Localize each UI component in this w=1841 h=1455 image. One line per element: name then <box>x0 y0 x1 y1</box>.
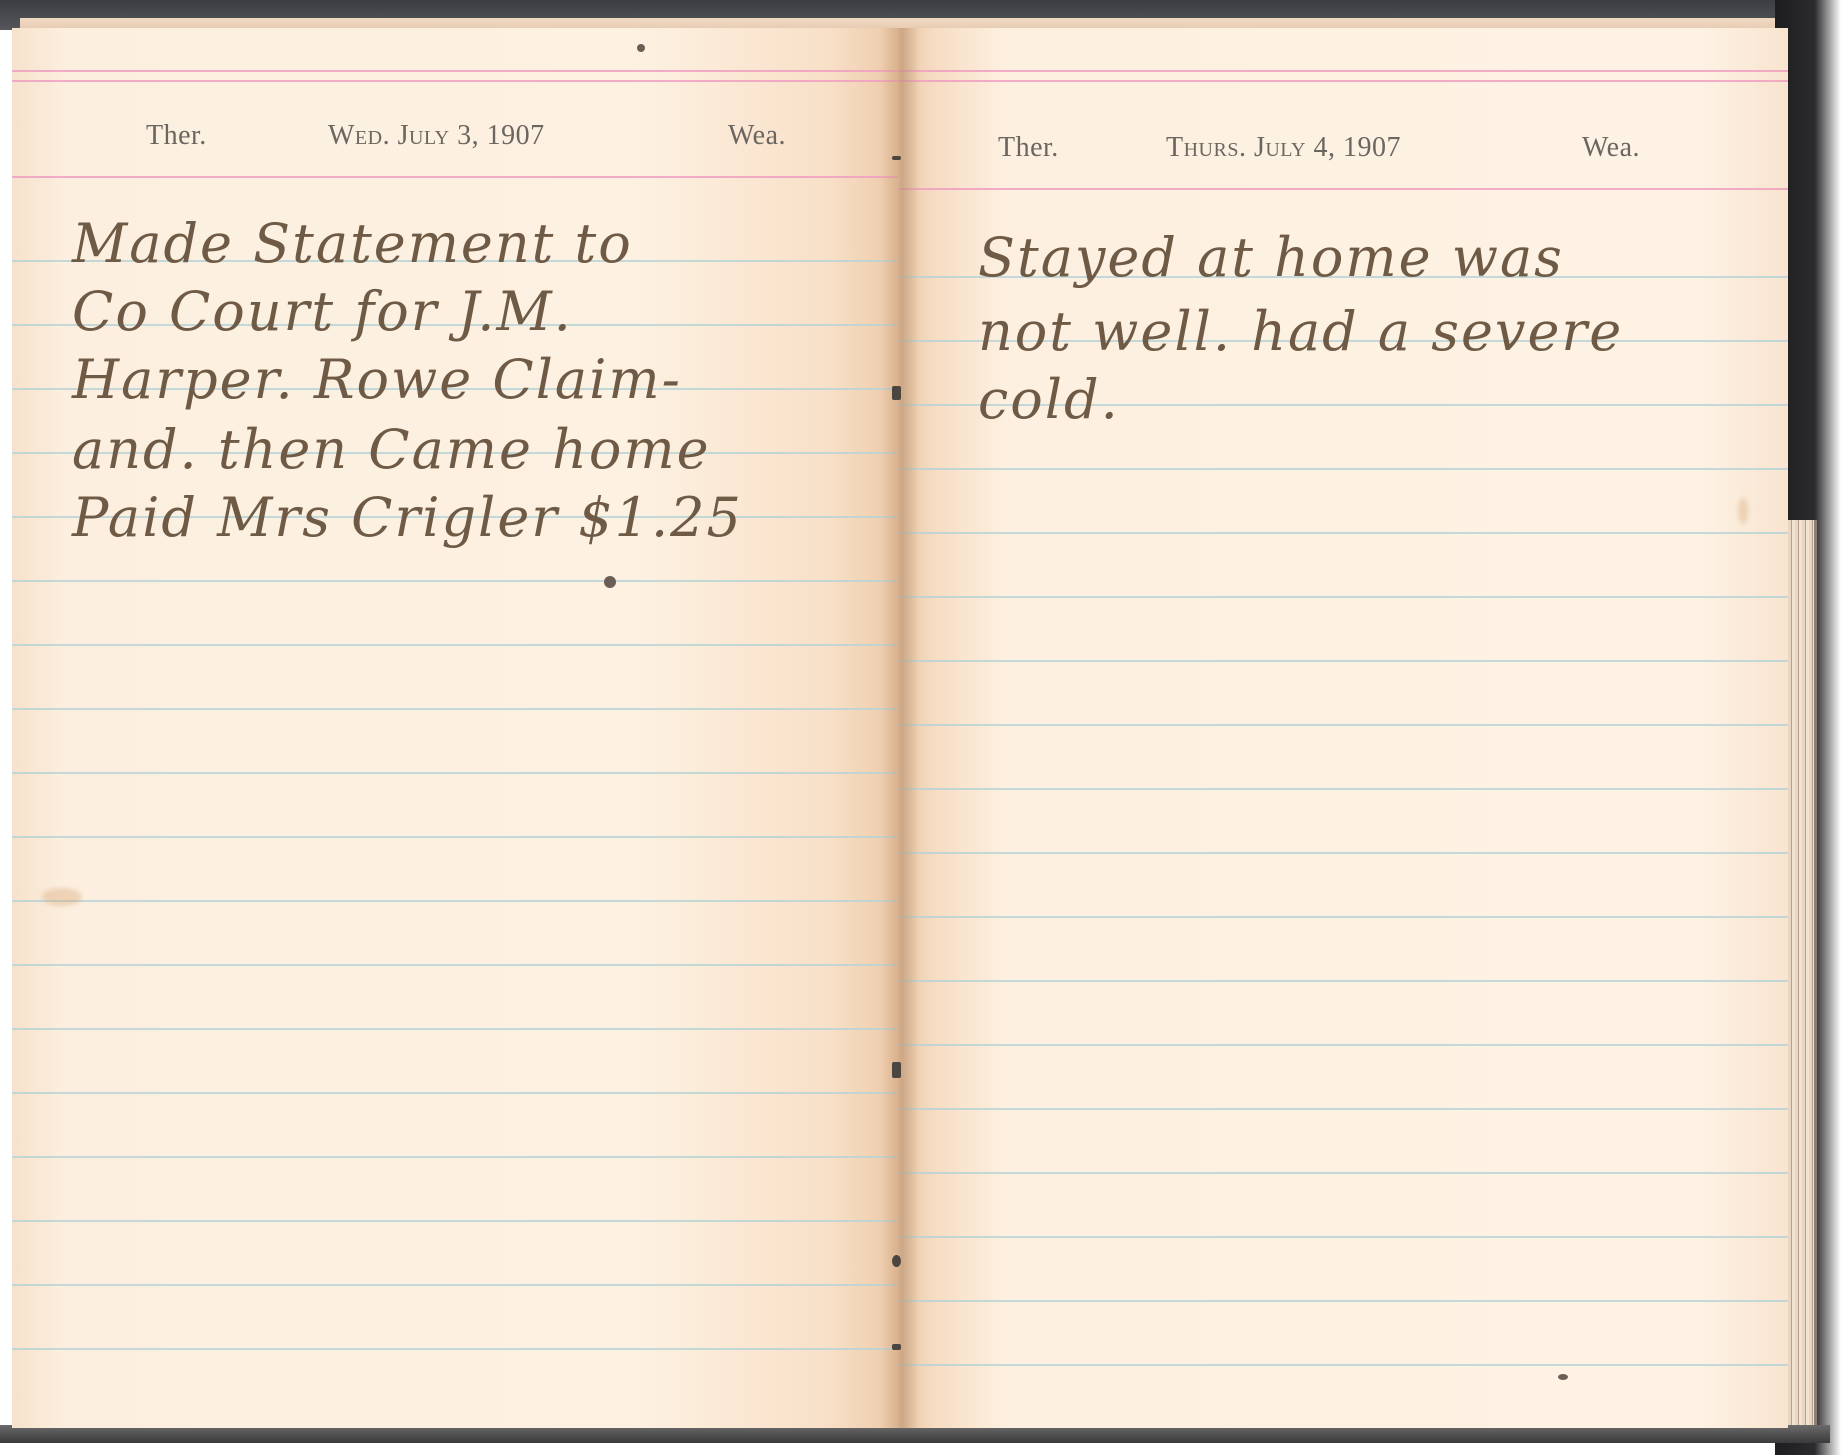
weather-label: Wea. <box>1582 132 1640 164</box>
day-of-week: Wed. <box>328 120 390 151</box>
blue-rule <box>898 1108 1788 1110</box>
page-date-header: Thurs. July 4, 1907 <box>1166 132 1401 164</box>
date-text: July 4, 1907 <box>1254 132 1401 163</box>
binding-stitch <box>892 156 901 160</box>
binding-stitch <box>892 386 901 400</box>
blue-rule <box>898 788 1788 790</box>
blue-rule <box>898 1236 1788 1238</box>
handwritten-line: cold. <box>978 366 1120 434</box>
blue-rule <box>12 900 898 902</box>
blue-rule <box>898 916 1788 918</box>
blue-rule <box>898 1300 1788 1302</box>
blue-rule <box>12 1220 898 1222</box>
pink-rule <box>12 70 898 72</box>
blue-rule <box>898 1172 1788 1174</box>
thermometer-label: Ther. <box>998 132 1059 164</box>
blue-rule <box>898 468 1788 470</box>
pink-rule <box>898 188 1788 190</box>
blue-rule <box>898 1364 1788 1366</box>
ink-spot <box>1558 1374 1568 1380</box>
ink-spot <box>604 576 616 588</box>
blue-rule <box>12 580 898 582</box>
blue-rule <box>898 980 1788 982</box>
thermometer-label: Ther. <box>146 120 207 152</box>
blue-rule <box>898 532 1788 534</box>
blue-rule <box>12 1092 898 1094</box>
handwritten-line: Co Court for J.M. <box>72 278 573 346</box>
blue-rule <box>12 836 898 838</box>
blue-rule <box>12 1156 898 1158</box>
page-stack-edge <box>1788 520 1817 1430</box>
blue-rule <box>12 964 898 966</box>
blue-rule <box>898 724 1788 726</box>
handwritten-line: Stayed at home was <box>978 224 1564 292</box>
blue-rule <box>12 772 898 774</box>
binding-stitch <box>892 1062 901 1078</box>
handwritten-line: Harper. Rowe Claim- <box>72 346 682 414</box>
day-of-week: Thurs. <box>1166 132 1246 163</box>
blue-rule <box>898 660 1788 662</box>
blue-rule <box>12 1348 898 1350</box>
pink-rule <box>898 80 1788 82</box>
left-diary-page: Ther. Wed. July 3, 1907 Wea. Made Statem… <box>12 28 898 1428</box>
pink-rule <box>898 70 1788 72</box>
blue-rule <box>12 644 898 646</box>
blue-rule <box>12 1028 898 1030</box>
paper-stain <box>1738 498 1748 524</box>
handwritten-line: and. then Came home <box>72 416 711 484</box>
ink-spot <box>637 44 645 52</box>
blue-rule <box>898 852 1788 854</box>
book-gutter <box>880 28 920 1428</box>
blue-rule <box>12 1284 898 1286</box>
page-date-header: Wed. July 3, 1907 <box>328 120 545 152</box>
handwritten-line: not well. had a severe <box>978 298 1623 366</box>
weather-label: Wea. <box>728 120 786 152</box>
blue-rule <box>12 708 898 710</box>
pink-rule <box>12 176 898 178</box>
paper-stain <box>42 888 82 906</box>
blue-rule <box>898 596 1788 598</box>
handwritten-line: Made Statement to <box>72 210 633 278</box>
handwritten-line: Paid Mrs Crigler $1.25 <box>72 484 743 552</box>
blue-rule <box>898 1044 1788 1046</box>
right-diary-page: Ther. Thurs. July 4, 1907 Wea. Stayed at… <box>898 28 1788 1428</box>
binding-stitch <box>892 1255 901 1267</box>
pink-rule <box>12 80 898 82</box>
binding-stitch <box>892 1344 901 1350</box>
date-text: July 3, 1907 <box>398 120 545 151</box>
